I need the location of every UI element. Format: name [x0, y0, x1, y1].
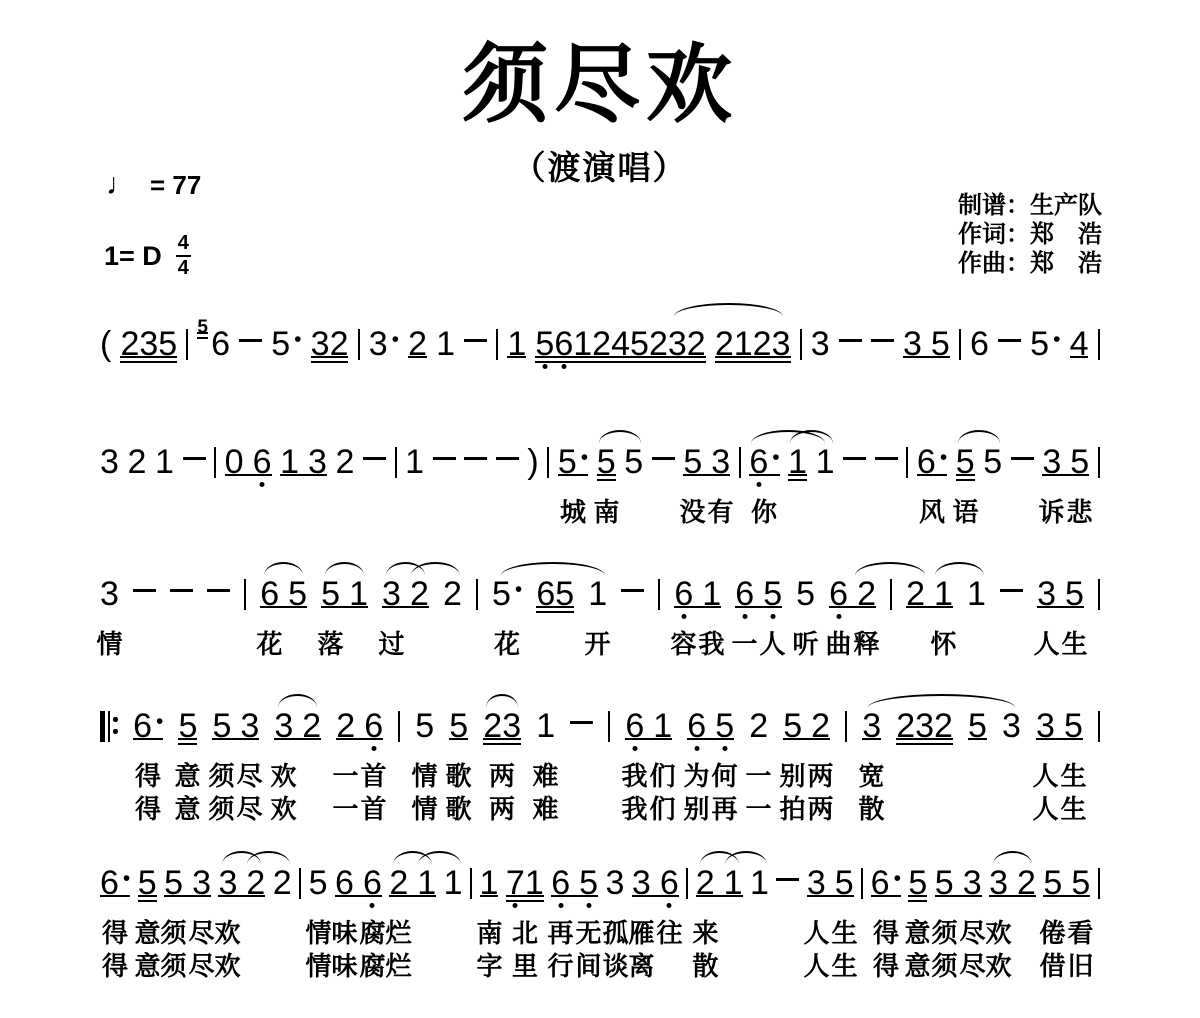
lyric-syllable: 我: [621, 789, 647, 826]
digit: 5: [321, 577, 340, 611]
digit: 2: [483, 709, 502, 743]
digit: 5: [415, 709, 434, 743]
note-3: 3: [606, 866, 625, 900]
lyric-syllable: 歌: [445, 789, 471, 826]
lyric-syllable: 生: [1060, 756, 1086, 793]
lyric-syllable: 往: [656, 913, 682, 950]
song-title: 须尽欢: [0, 38, 1200, 133]
digit: 3: [772, 327, 791, 361]
lyric-syllable: 尽: [236, 789, 262, 826]
lyric-syllable: 们: [649, 756, 675, 793]
note-5: 5: [597, 445, 616, 479]
lyric-syllable: 须: [931, 913, 957, 950]
note-1: 1: [967, 577, 986, 611]
extension-dash: [464, 457, 487, 461]
digit: 6: [917, 445, 936, 479]
lyric-syllable: 欢: [270, 789, 296, 826]
lyric-syllable: 散: [692, 946, 718, 983]
digit: 5: [1064, 709, 1083, 743]
digit: 3: [903, 327, 922, 361]
note-1: 1: [405, 445, 424, 479]
barline: [186, 329, 188, 360]
extension-dash: [433, 457, 456, 461]
note-5: 5: [309, 866, 328, 900]
digit: 2: [273, 866, 292, 900]
lyric-syllable: 们: [649, 789, 675, 826]
slur-arc: [868, 694, 1016, 709]
digit: 5: [796, 577, 815, 611]
digit: 5: [624, 445, 643, 479]
extension-dash: [1000, 589, 1023, 593]
low-octave-dot: [694, 746, 699, 751]
lyric-syllable: 得: [102, 913, 128, 950]
digit: 5: [492, 577, 511, 611]
digit: 1: [536, 709, 555, 743]
augmentation-dot: •: [123, 868, 130, 889]
note-26: 26: [336, 709, 383, 743]
digit: 5: [935, 866, 954, 900]
lyric-syllable: 无: [575, 913, 601, 950]
note-32: 32: [311, 327, 349, 361]
barline: [890, 579, 892, 610]
extension-dash: [839, 339, 862, 343]
lyric-syllable: 孤: [602, 913, 628, 950]
lyric-syllable: 欢: [214, 913, 240, 950]
digit: 5: [783, 709, 802, 743]
note-5: 5•: [271, 327, 301, 361]
note-2: 2: [336, 445, 355, 479]
note-71: 71: [506, 866, 544, 900]
barline: [861, 868, 863, 899]
note-5: 5•: [558, 445, 588, 479]
digit: 6: [364, 709, 383, 743]
note-36: 36: [632, 866, 679, 900]
barline: [658, 579, 660, 610]
lyric-syllable: 尽: [236, 756, 262, 793]
lyric-syllable: 欢: [270, 756, 296, 793]
lyric-syllable: 再: [711, 789, 737, 826]
lyric-syllable: 怀: [930, 624, 956, 661]
music-line-1: (235565•323•211561245232212333565•4: [100, 300, 1100, 361]
lyric-syllable: 两: [807, 756, 833, 793]
extension-dash: [133, 589, 156, 593]
digit: 1: [507, 327, 526, 361]
low-octave-dot: [770, 614, 775, 619]
lyric-syllable: 散: [858, 789, 884, 826]
note-3: 3: [1002, 709, 1021, 743]
note-3: 3: [100, 577, 119, 611]
barline: [845, 711, 847, 742]
note-5: 5•: [492, 577, 522, 611]
lyric-syllable: 悲: [1066, 492, 1092, 529]
digit: 6: [363, 866, 382, 900]
digit: 2: [389, 866, 408, 900]
lyric-syllable: 释: [853, 624, 879, 661]
note-35: 35: [1036, 709, 1083, 743]
digit: 2: [896, 709, 915, 743]
barline: [1098, 579, 1100, 610]
digit: 3: [606, 866, 625, 900]
note-5: 5: [138, 866, 157, 900]
lyric-syllable: 意: [134, 946, 160, 983]
barline: [1098, 329, 1100, 360]
note-5: 5: [178, 709, 197, 743]
barline: [1098, 711, 1100, 742]
lyric-syllable: 里: [512, 946, 538, 983]
lyric-syllable: 情: [411, 789, 437, 826]
note-35: 35: [807, 866, 854, 900]
lyric-syllable: 尽: [188, 946, 214, 983]
lyric-syllable: 语: [952, 492, 978, 529]
digit: 3: [382, 577, 401, 611]
extension-dash: [843, 457, 866, 461]
digit: 2: [934, 709, 953, 743]
lyric-syllable: 谈: [602, 946, 628, 983]
digit: 5: [956, 445, 975, 479]
tempo-bpm-text: = 77: [150, 170, 201, 200]
note-5: 5: [796, 577, 815, 611]
score-header: 须尽欢 （渡演唱） ♩= 77 1= D 4 4 制谱：生产队 作词：郑 浩 作…: [0, 0, 1200, 300]
lyric-syllable: 得: [873, 913, 899, 950]
lyric-syllable: 人: [759, 624, 785, 661]
digit: 3: [811, 327, 830, 361]
digit: 2: [302, 709, 321, 743]
lyric-syllable: 腐: [359, 946, 385, 983]
digit: 5: [683, 445, 702, 479]
low-octave-dot: [542, 364, 547, 369]
lyric-syllable: 倦: [1039, 913, 1065, 950]
extension-dash: [183, 457, 206, 461]
extension-dash: [621, 589, 644, 593]
lyric-syllable: 得: [873, 946, 899, 983]
note-32: 32: [382, 577, 429, 611]
lyric-syllable: 须: [160, 913, 186, 950]
slur-arc: [855, 562, 925, 577]
lyric-syllable: 人: [1032, 789, 1058, 826]
digit: 3: [915, 709, 934, 743]
low-octave-dot: [371, 746, 376, 751]
digit: 5: [197, 318, 208, 337]
lyric-syllable: 情: [411, 756, 437, 793]
lyric-syllable: 字: [476, 946, 502, 983]
note-65: 65: [735, 577, 782, 611]
lyric-syllable: 没: [679, 492, 705, 529]
lyric-syllable: 情: [96, 624, 122, 661]
note-1: 1: [480, 866, 499, 900]
digit: 5: [178, 709, 197, 743]
note-53: 53: [683, 445, 730, 479]
digit: 2: [687, 327, 706, 361]
barline: [395, 447, 397, 478]
digit: 2: [443, 577, 462, 611]
note-62: 62: [829, 577, 876, 611]
digit: 3: [274, 709, 293, 743]
slur-arc: [411, 562, 460, 577]
note-561245232: 561245232: [535, 327, 705, 361]
note-1: 1: [436, 327, 455, 361]
digit: 3: [311, 327, 330, 361]
note-66: 66: [335, 866, 382, 900]
digit: 1: [405, 445, 424, 479]
digit: 3: [807, 866, 826, 900]
digit: 1: [788, 445, 807, 479]
digit: 2: [753, 327, 772, 361]
digit: 1: [155, 445, 174, 479]
lyric-syllable: 曲: [825, 624, 851, 661]
digit: 5: [158, 327, 177, 361]
digit: 5: [908, 866, 927, 900]
lyric-syllable: 烂: [385, 946, 411, 983]
digit: (: [100, 327, 111, 361]
digit: 6: [749, 445, 768, 479]
lyrics-row-2: 得意须尽欢一首情歌两难我们别再一拍两散人生: [100, 789, 1100, 820]
barline: [476, 579, 478, 610]
lyric-syllable: 人: [803, 913, 829, 950]
lyric-syllable: 得: [135, 789, 161, 826]
lyric-syllable: 欢: [985, 946, 1011, 983]
barline: [959, 329, 961, 360]
digit: 2: [749, 709, 768, 743]
note-2: 2: [443, 577, 462, 611]
note-5: 5: [449, 709, 468, 743]
parenthesis: ): [527, 445, 538, 479]
note-1: 1: [750, 866, 769, 900]
digit: 7: [506, 866, 525, 900]
digit: 3: [1037, 577, 1056, 611]
lyric-syllable: 花: [256, 624, 282, 661]
augmentation-dot: •: [294, 329, 301, 350]
slur-arc: [325, 562, 364, 577]
lyric-syllable: 拍: [779, 789, 805, 826]
note-65: 65: [551, 866, 598, 900]
lyric-syllable: 须: [160, 946, 186, 983]
slur-arc: [674, 303, 783, 318]
note-3: 3: [811, 327, 830, 361]
credit-lyricist: 作词：郑 浩: [958, 221, 1102, 250]
barline: [398, 711, 400, 742]
lyric-syllable: 首: [360, 789, 386, 826]
note-61: 61: [625, 709, 672, 743]
note-1: 1: [816, 445, 835, 479]
digit: 1: [724, 866, 743, 900]
digit: 1: [280, 445, 299, 479]
repeat-dot: [113, 729, 118, 734]
note-2: 2: [408, 327, 427, 361]
note-53: 53: [164, 866, 211, 900]
digit: 1: [417, 866, 436, 900]
digit: 3: [308, 445, 327, 479]
digit: 3: [192, 866, 211, 900]
lyric-syllable: 诉: [1038, 492, 1064, 529]
digit: 5: [449, 709, 468, 743]
slur-arc: [935, 562, 984, 577]
digit: 5: [835, 866, 854, 900]
digit: 2: [857, 577, 876, 611]
lyric-syllable: 难: [532, 756, 558, 793]
note-1: 1: [588, 577, 607, 611]
slur-arc: [501, 562, 605, 577]
lyric-syllable: 生: [1061, 624, 1087, 661]
lyric-syllable: 生: [1060, 789, 1086, 826]
note-51: 51: [321, 577, 368, 611]
digit: 3: [632, 866, 651, 900]
digit: 3: [963, 866, 982, 900]
lyrics-row-1: 城南没有你风语诉悲: [100, 492, 1100, 523]
note-35: 35: [903, 327, 950, 361]
note-21: 21: [389, 866, 436, 900]
low-octave-dot: [667, 903, 672, 908]
note-2: 2: [749, 709, 768, 743]
lyric-syllable: 两: [489, 756, 515, 793]
digit: 6: [660, 866, 679, 900]
low-octave-dot: [742, 614, 747, 619]
digit: 2: [330, 327, 349, 361]
lyric-syllable: 须: [208, 756, 234, 793]
note-1: 1: [155, 445, 174, 479]
lyric-syllable: 看: [1067, 913, 1093, 950]
digit: 1: [436, 327, 455, 361]
note-52: 52: [783, 709, 830, 743]
grace-note-5: 5: [197, 318, 208, 337]
note-1: 1: [536, 709, 555, 743]
lyric-syllable: 离: [628, 946, 654, 983]
sheet-music-page: 须尽欢 （渡演唱） ♩= 77 1= D 4 4 制谱：生产队 作词：郑 浩 作…: [0, 0, 1200, 1018]
key-label: 1= D: [104, 241, 162, 272]
quarter-note-icon: ♩: [106, 168, 136, 201]
music-line-4: 6•553322655231616525232325335得意须尽欢一首情歌两难…: [100, 691, 1100, 820]
slur-arc: [993, 851, 1032, 866]
digit: 4: [611, 327, 630, 361]
note-6: 6•: [917, 445, 947, 479]
slur-arc: [958, 430, 1001, 445]
lyric-syllable: 一: [745, 756, 771, 793]
digit: 5: [309, 866, 328, 900]
credit-composer: 作曲：郑 浩: [958, 250, 1102, 279]
music-line-3: 365513225•651616556221135情花落过花开容我一人听曲释怀人…: [100, 559, 1100, 655]
low-octave-dot: [513, 903, 518, 908]
low-octave-dot: [722, 746, 727, 751]
repeat-dot: [113, 717, 118, 722]
digit: 3: [100, 445, 119, 479]
digit: 6: [970, 327, 989, 361]
barline: [214, 447, 216, 478]
lyric-syllable: 意: [174, 756, 200, 793]
digit: 2: [120, 327, 139, 361]
low-octave-dot: [370, 903, 375, 908]
lyric-syllable: 来: [692, 913, 718, 950]
digit: 5: [763, 577, 782, 611]
lyric-syllable: 尽: [188, 913, 214, 950]
slur-arc: [264, 562, 303, 577]
digit: 5: [715, 709, 734, 743]
digit: 6: [625, 709, 644, 743]
lyric-syllable: 烂: [385, 913, 411, 950]
barline: [496, 329, 498, 360]
note-5: 5: [415, 709, 434, 743]
repeat-thick-bar: [100, 711, 105, 742]
digit: 6: [253, 445, 272, 479]
note-2: 2: [273, 866, 292, 900]
score: (235565•323•211561245232212333565•432106…: [0, 300, 1200, 977]
note-5: 5•: [1030, 327, 1060, 361]
note-5: 5: [968, 709, 987, 743]
notes-row: 365513225•651616556221135: [100, 577, 1100, 611]
slur-arc: [486, 694, 518, 709]
barline: [1098, 447, 1100, 478]
lyric-syllable: 北: [512, 913, 538, 950]
note-232: 232: [896, 709, 953, 743]
credit-arranger: 制谱：生产队: [958, 192, 1102, 221]
barline: [1098, 868, 1100, 899]
digit: 5: [212, 709, 231, 743]
extension-dash: [875, 457, 898, 461]
digit: 5: [1070, 445, 1089, 479]
repeat-begin-sign: [100, 711, 118, 742]
digit: 5: [1065, 577, 1084, 611]
augmentation-dot: •: [1053, 329, 1060, 350]
lyric-syllable: 有: [707, 492, 733, 529]
digit: 1: [653, 709, 672, 743]
note-32: 32: [218, 866, 265, 900]
digit: 2: [592, 327, 611, 361]
barline: [739, 447, 741, 478]
note-6: 6: [211, 327, 230, 361]
digit: 2: [128, 445, 147, 479]
note-65: 65: [536, 577, 574, 611]
digit: 1: [734, 327, 753, 361]
lyric-syllable: 间: [575, 946, 601, 983]
digit: 1: [702, 577, 721, 611]
digit: 1: [349, 577, 368, 611]
augmentation-dot: •: [894, 868, 901, 889]
digit: 6: [687, 709, 706, 743]
digit: 1: [934, 577, 953, 611]
digit: 1: [750, 866, 769, 900]
extension-dash: [464, 339, 487, 343]
note-235: 235: [120, 327, 177, 361]
slur-arc: [725, 851, 767, 866]
digit: 1: [588, 577, 607, 611]
low-octave-dot: [558, 903, 563, 908]
digit: 6: [100, 866, 119, 900]
tempo-marking: ♩= 77: [106, 168, 201, 202]
lyric-syllable: 得: [135, 756, 161, 793]
digit: 5: [1071, 866, 1090, 900]
note-23: 23: [483, 709, 521, 743]
low-octave-dot: [681, 614, 686, 619]
digit: 5: [555, 577, 574, 611]
lyric-syllable: 尽: [959, 946, 985, 983]
note-61: 61: [674, 577, 721, 611]
extension-dash: [239, 339, 262, 343]
digit: 6: [133, 709, 152, 743]
lyric-syllable: 南: [593, 492, 619, 529]
lyric-syllable: 别: [683, 789, 709, 826]
note-6: 6•: [871, 866, 901, 900]
lyrics-row-1: 得意须尽欢情味腐烂南北再无孤雁往来人生得意须尽欢倦看: [100, 913, 1100, 944]
lyric-syllable: 落: [317, 624, 343, 661]
augmentation-dot: •: [515, 579, 522, 600]
digit: 3: [711, 445, 730, 479]
digit: 3: [862, 709, 881, 743]
lyric-syllable: 生: [831, 913, 857, 950]
note-1: 1: [444, 866, 463, 900]
digit: 2: [649, 327, 668, 361]
lyric-syllable: 容: [670, 624, 696, 661]
digit: 3: [218, 866, 237, 900]
digit: 6: [551, 866, 570, 900]
lyric-syllable: 两: [807, 789, 833, 826]
